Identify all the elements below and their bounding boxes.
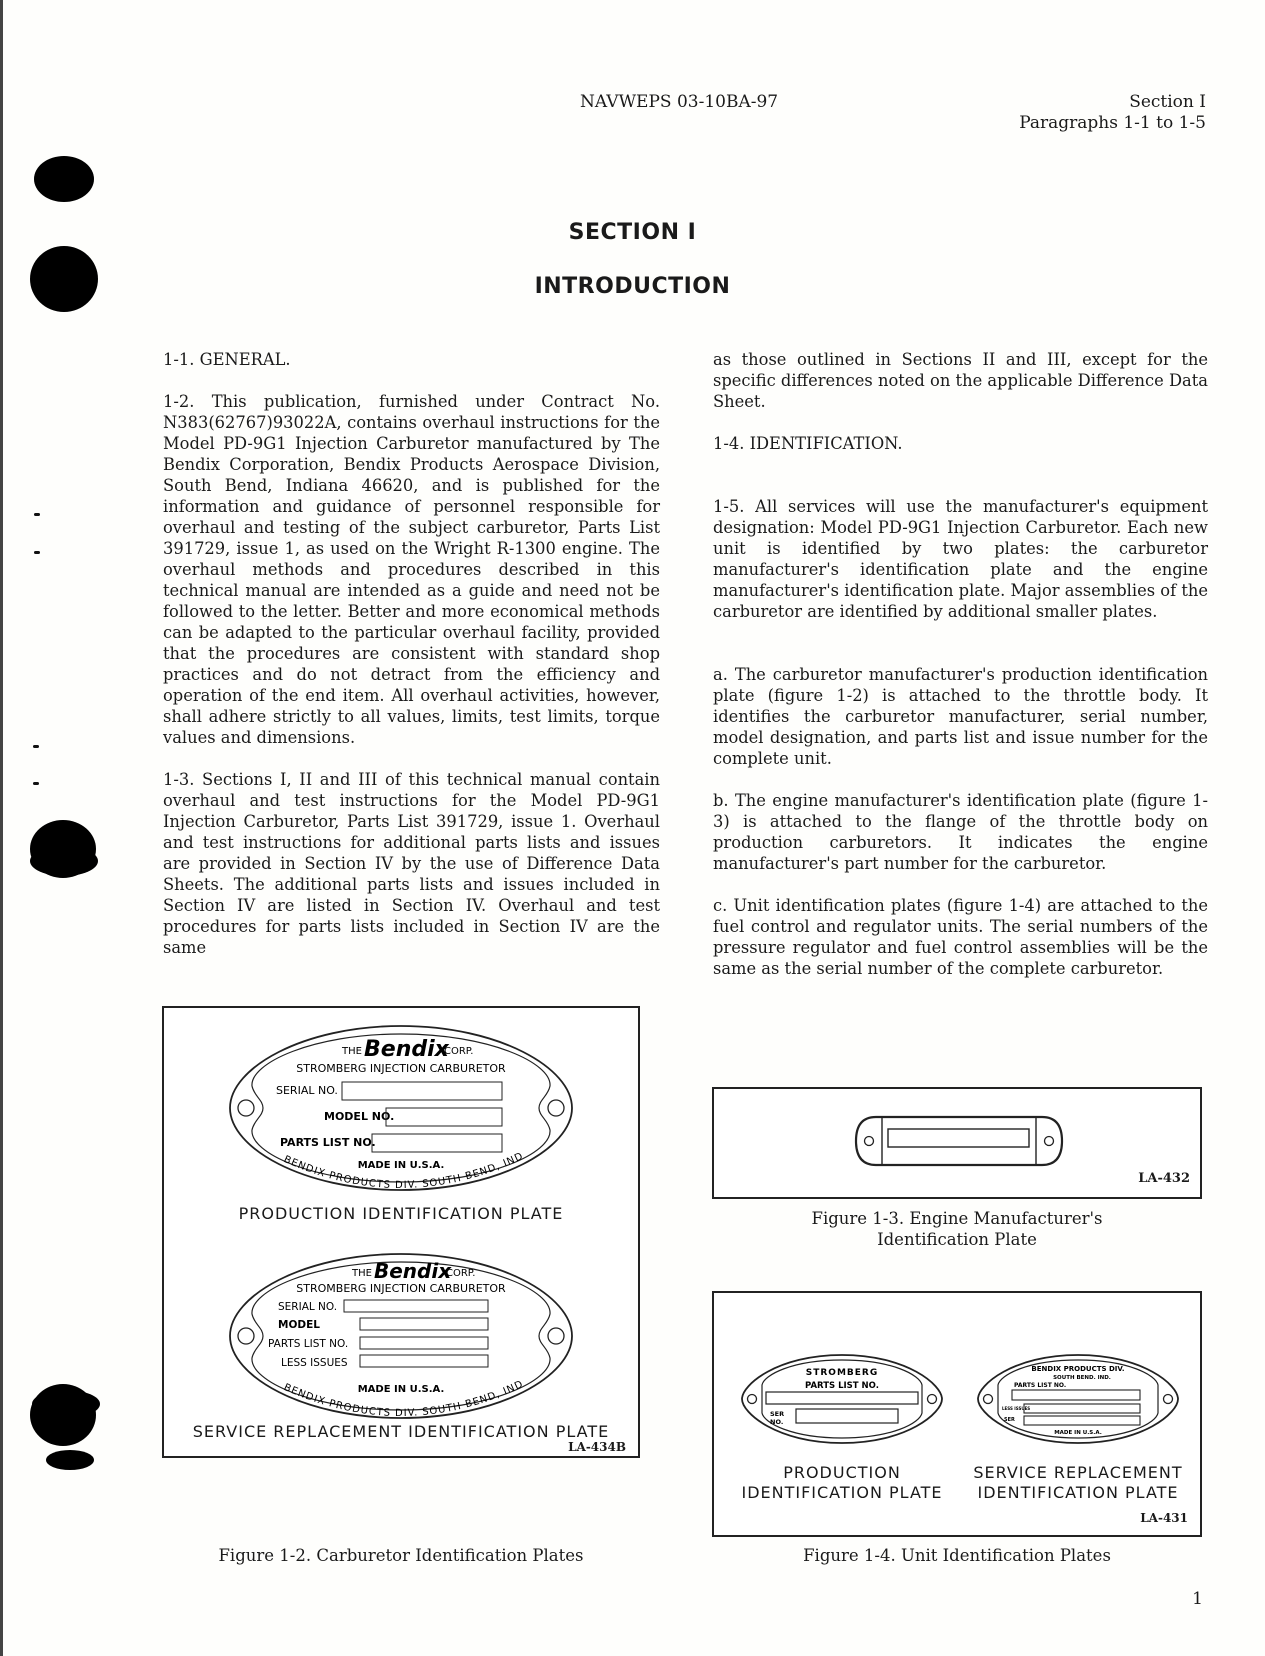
svg-text:PARTS LIST NO.: PARTS LIST NO. xyxy=(280,1136,376,1149)
left-column: 1-1. GENERAL. 1-2. This publication, fur… xyxy=(163,349,660,958)
right-column: as those outlined in Sections II and III… xyxy=(713,349,1208,979)
binder-hole xyxy=(30,1384,96,1446)
svg-text:Bendix: Bendix xyxy=(374,1259,452,1283)
svg-text:STROMBERG INJECTION CARBURETOR: STROMBERG INJECTION CARBURETOR xyxy=(296,1282,506,1295)
svg-text:SOUTH BEND. IND.: SOUTH BEND. IND. xyxy=(1053,1375,1111,1381)
label-line: IDENTIFICATION PLATE xyxy=(958,1483,1198,1503)
svg-text:NO.: NO. xyxy=(770,1418,783,1426)
figure-code: LA-431 xyxy=(1140,1511,1188,1525)
svg-text:MODEL NO.: MODEL NO. xyxy=(324,1110,394,1123)
figure-1-4-box: STROMBERG PARTS LIST NO. SER NO. BENDIX … xyxy=(712,1291,1202,1537)
svg-text:CORP.: CORP. xyxy=(444,1046,473,1057)
production-plate-label: PRODUCTION IDENTIFICATION PLATE xyxy=(164,1204,638,1223)
svg-text:THE: THE xyxy=(351,1268,372,1279)
engine-manufacturer-plate-drawing xyxy=(714,1089,1200,1197)
svg-text:SER: SER xyxy=(1004,1417,1015,1423)
production-identification-plate-drawing: THE Bendix CORP. STROMBERG INJECTION CAR… xyxy=(164,1008,638,1198)
paragraph-a: a. The carburetor manufacturer's product… xyxy=(713,664,1208,769)
unit-production-label: PRODUCTION IDENTIFICATION PLATE xyxy=(722,1463,962,1503)
svg-text:SERIAL NO.: SERIAL NO. xyxy=(276,1084,338,1097)
margin-mark xyxy=(34,551,40,554)
label-line: PRODUCTION xyxy=(722,1463,962,1483)
figure-code: LA-432 xyxy=(1138,1171,1190,1186)
svg-text:Bendix: Bendix xyxy=(364,1037,450,1062)
figure-1-2-box: THE Bendix CORP. STROMBERG INJECTION CAR… xyxy=(162,1006,640,1458)
paragraph-1-3: 1-3. Sections I, II and III of this tech… xyxy=(163,769,660,958)
paragraph-1-3-continued: as those outlined in Sections II and III… xyxy=(713,349,1208,412)
svg-text:THE: THE xyxy=(341,1046,362,1057)
svg-text:SER: SER xyxy=(770,1410,784,1418)
service-plate-label: SERVICE REPLACEMENT IDENTIFICATION PLATE xyxy=(164,1422,638,1441)
section-subtitle: INTRODUCTION xyxy=(0,274,1265,299)
svg-text:MADE IN U.S.A.: MADE IN U.S.A. xyxy=(358,1384,445,1395)
margin-mark xyxy=(33,782,39,785)
figure-1-3-caption: Figure 1-3. Engine Manufacturer's Identi… xyxy=(712,1208,1202,1250)
caption-line: Identification Plate xyxy=(712,1229,1202,1250)
label-line: SERVICE REPLACEMENT xyxy=(958,1463,1198,1483)
svg-text:MADE IN U.S.A.: MADE IN U.S.A. xyxy=(358,1160,445,1171)
margin-mark xyxy=(34,513,40,516)
paragraph-range: Paragraphs 1-1 to 1-5 xyxy=(1019,113,1206,134)
svg-text:BENDIX PRODUCTS DIV.: BENDIX PRODUCTS DIV. xyxy=(1031,1365,1124,1373)
paragraph-c: c. Unit identification plates (figure 1-… xyxy=(713,895,1208,979)
section-title: SECTION I xyxy=(0,220,1265,245)
paragraph-b: b. The engine manufacturer's identificat… xyxy=(713,790,1208,874)
margin-mark xyxy=(33,745,39,748)
svg-text:STROMBERG INJECTION CARBURETOR: STROMBERG INJECTION CARBURETOR xyxy=(296,1062,506,1075)
binder-hole xyxy=(34,156,94,202)
document-number: NAVWEPS 03-10BA-97 xyxy=(580,92,778,112)
svg-text:PARTS LIST NO.: PARTS LIST NO. xyxy=(1014,1382,1066,1389)
svg-text:LESS ISSUES: LESS ISSUES xyxy=(281,1357,348,1369)
svg-text:CORP.: CORP. xyxy=(446,1268,475,1279)
svg-text:SERIAL NO.: SERIAL NO. xyxy=(278,1301,337,1313)
heading-general: 1-1. GENERAL. xyxy=(163,349,660,370)
paragraph-1-5: 1-5. All services will use the manufactu… xyxy=(713,496,1208,622)
svg-text:MADE IN U.S.A.: MADE IN U.S.A. xyxy=(1054,1430,1102,1436)
figure-1-3-box: LA-432 xyxy=(712,1087,1202,1199)
heading-identification: 1-4. IDENTIFICATION. xyxy=(713,433,1208,454)
unit-production-plate-drawing: STROMBERG PARTS LIST NO. SER NO. xyxy=(722,1345,962,1455)
svg-text:STROMBERG: STROMBERG xyxy=(806,1368,878,1378)
section-reference: Section I Paragraphs 1-1 to 1-5 xyxy=(1019,92,1206,134)
page-edge xyxy=(0,0,3,1656)
figure-1-2-caption: Figure 1-2. Carburetor Identification Pl… xyxy=(162,1545,640,1566)
unit-service-plate-drawing: BENDIX PRODUCTS DIV. SOUTH BEND. IND. PA… xyxy=(958,1345,1198,1455)
page-number: 1 xyxy=(1192,1589,1203,1609)
section-label: Section I xyxy=(1019,92,1206,113)
unit-service-label: SERVICE REPLACEMENT IDENTIFICATION PLATE xyxy=(958,1463,1198,1503)
svg-text:PARTS LIST NO.: PARTS LIST NO. xyxy=(268,1338,348,1350)
caption-line: Figure 1-3. Engine Manufacturer's xyxy=(712,1208,1202,1229)
paragraph-1-2: 1-2. This publication, furnished under C… xyxy=(163,391,660,748)
svg-text:MODEL: MODEL xyxy=(278,1319,320,1331)
binder-hole xyxy=(30,820,96,878)
label-line: IDENTIFICATION PLATE xyxy=(722,1483,962,1503)
figure-1-4-caption: Figure 1-4. Unit Identification Plates xyxy=(712,1545,1202,1566)
svg-text:LESS ISSUES: LESS ISSUES xyxy=(1002,1406,1030,1411)
figure-code: LA-434B xyxy=(568,1440,626,1454)
svg-text:PARTS LIST NO.: PARTS LIST NO. xyxy=(805,1381,879,1391)
binder-hole xyxy=(46,1450,94,1470)
service-replacement-plate-drawing: THE Bendix CORP. STROMBERG INJECTION CAR… xyxy=(164,1234,638,1434)
